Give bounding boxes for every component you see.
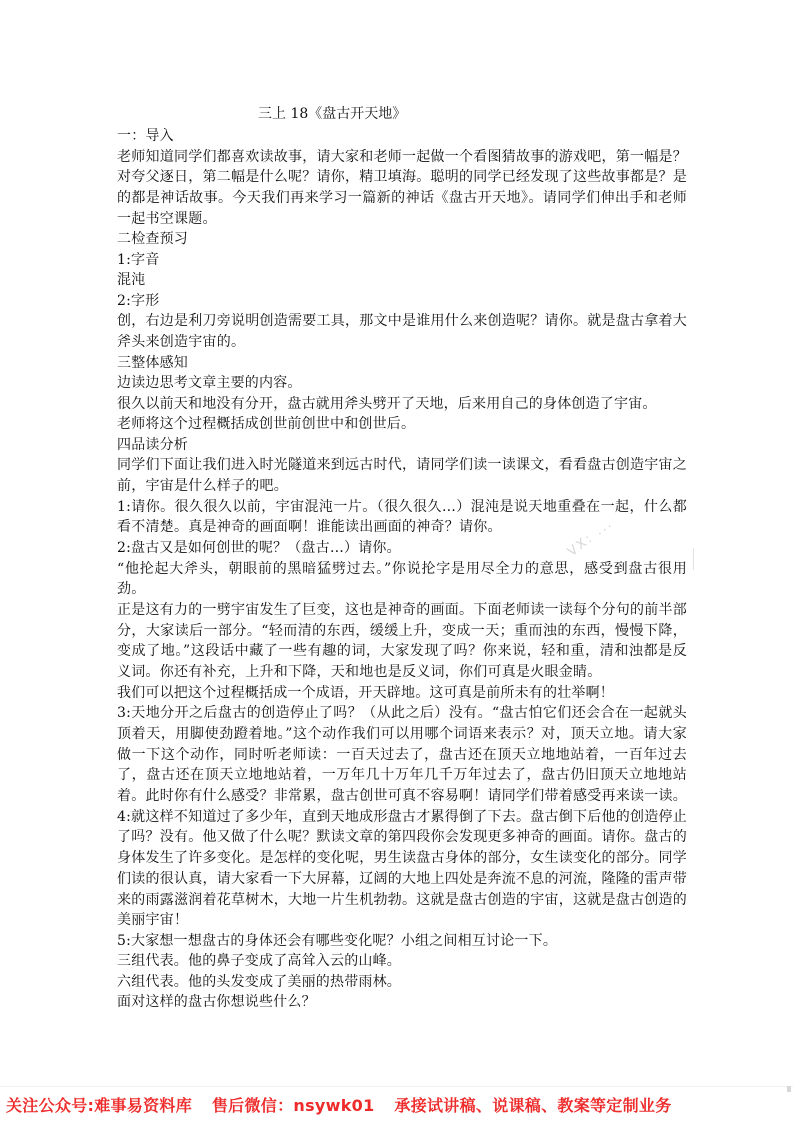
paragraph: 同学们下面让我们进入时光隧道来到远古时代，请同学们读一读课文，看看盘古创造宇宙之… (117, 455, 687, 496)
section-heading: 一：导入 (117, 126, 687, 147)
page-edge-mark (787, 1086, 791, 1092)
document-body: 一：导入老师知道同学们都喜欢读故事，请大家和老师一起做一个看图猜故事的游戏吧，第… (117, 126, 687, 1013)
paragraph: 很久以前天和地没有分开，盘古就用斧头劈开了天地，后来用自己的身体创造了宇宙。 (117, 394, 687, 415)
footer-divider (0, 1086, 793, 1087)
paragraph: 4:就这样不知道过了多少年，直到天地成形盘古才累得倒了下去。盘古倒下后他的创造停… (117, 807, 687, 931)
promo-footer: 关注公众号:难事易资料库 售后微信：nsywk01 承接试讲稿、说课稿、教案等定… (0, 1093, 793, 1119)
paragraph: 1:字音 (117, 250, 687, 271)
footer-wechat-text: 售后微信：nsywk01 (212, 1096, 375, 1115)
paragraph: 正是这有力的一劈宇宙发生了巨变，这也是神奇的画面。下面老师读一读每个分句的前半部… (117, 600, 687, 683)
paragraph: 面对这样的盘古你想说些什么？ (117, 992, 687, 1013)
section-heading: 二检查预习 (117, 229, 687, 250)
watermark-mark (693, 548, 694, 570)
document-title: 三上 18《盘古开天地》 (117, 104, 687, 124)
paragraph: 三组代表。他的鼻子变成了高耸入云的山峰。 (117, 951, 687, 972)
paragraph: 老师将这个过程概括成创世前创世中和创世后。 (117, 414, 687, 435)
paragraph: 我们可以把这个过程概括成一个成语，开天辟地。这可真是前所未有的壮举啊！ (117, 683, 687, 704)
paragraph: 老师知道同学们都喜欢读故事，请大家和老师一起做一个看图猜故事的游戏吧，第一幅是？… (117, 147, 687, 230)
document-page: 三上 18《盘古开天地》 一：导入老师知道同学们都喜欢读故事，请大家和老师一起做… (117, 104, 687, 1013)
section-heading: 三整体感知 (117, 353, 687, 374)
paragraph: 六组代表。他的头发变成了美丽的热带雨林。 (117, 972, 687, 993)
paragraph: 边读边思考文章主要的内容。 (117, 373, 687, 394)
paragraph: 混沌 (117, 270, 687, 291)
paragraph: “他抡起大斧头，朝眼前的黑暗猛劈过去。”你说抡字是用尽全力的意思，感受到盘古很用… (117, 559, 687, 600)
footer-account-text: 关注公众号:难事易资料库 (6, 1096, 192, 1115)
footer-service-text: 承接试讲稿、说课稿、教案等定制业务 (394, 1096, 671, 1115)
paragraph: 2:字形 (117, 291, 687, 312)
section-heading: 四品读分析 (117, 435, 687, 456)
paragraph: 创，右边是利刀旁说明创造需要工具，那文中是谁用什么来创造呢？请你。就是盘古拿着大… (117, 311, 687, 352)
paragraph: 5:大家想一想盘古的身体还会有哪些变化呢？小组之间相互讨论一下。 (117, 931, 687, 952)
paragraph: 2:盘古又是如何创世的呢？（盘古…）请你。 (117, 538, 687, 559)
paragraph: 3:天地分开之后盘古的创造停止了吗？（从此之后）没有。“盘古怕它们还会合在一起就… (117, 703, 687, 807)
